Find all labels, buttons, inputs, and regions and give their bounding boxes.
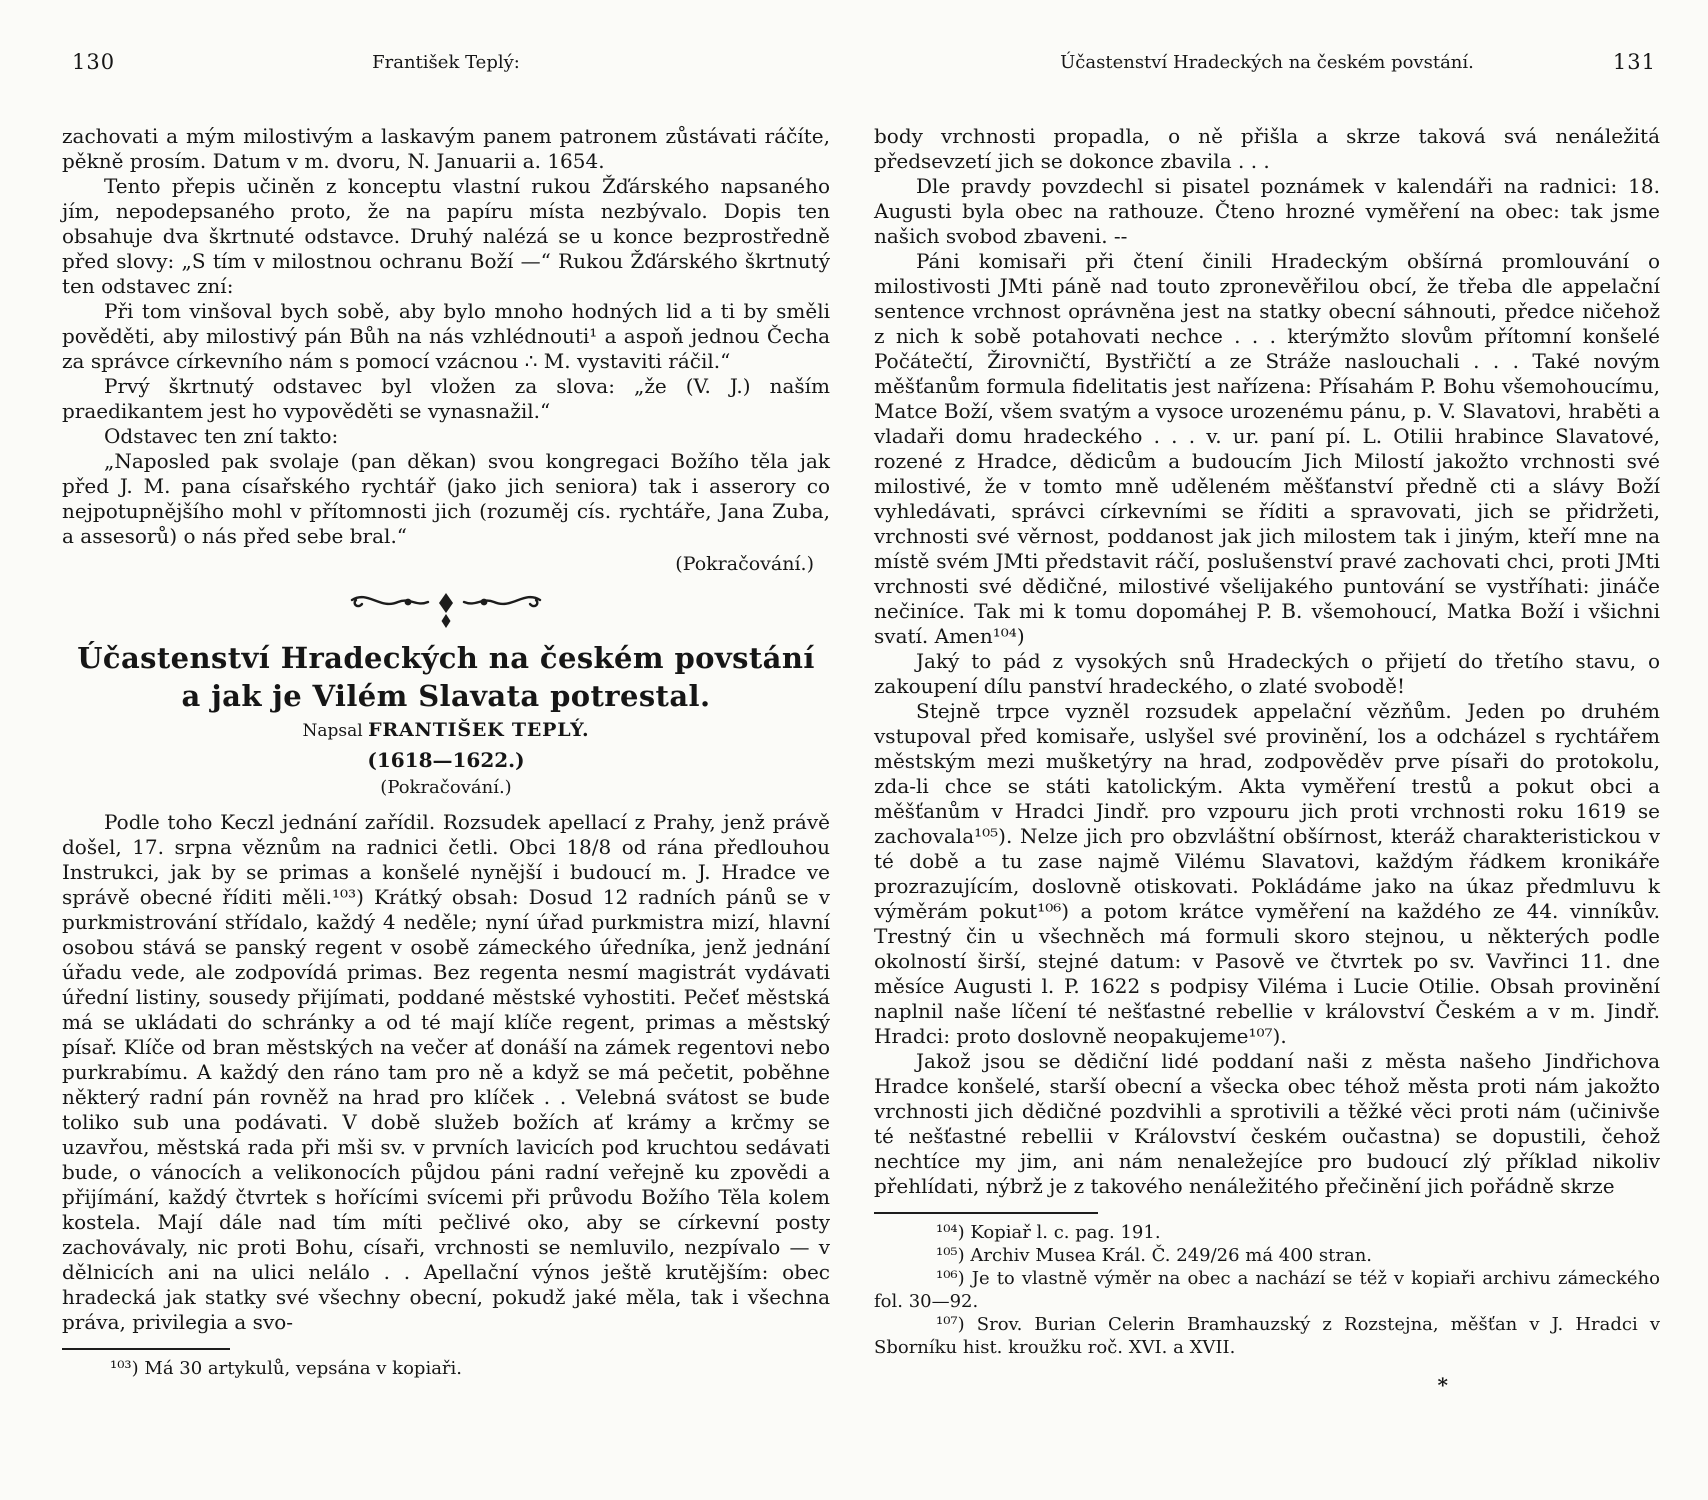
paragraph: Při tom vinšoval bych sobě, aby bylo mno… — [62, 299, 830, 374]
footer-asterisk: * — [874, 1373, 1448, 1397]
paragraph: Stejně trpce vyzněl rozsudek appelační v… — [874, 699, 1660, 1049]
paragraph: „Naposled pak svolaje (pan děkan) svou k… — [62, 449, 830, 549]
running-header: Účastenství Hradeckých na českém povstán… — [874, 52, 1660, 73]
byline: Napsal FRANTIŠEK TEPLÝ. — [62, 719, 830, 741]
footnote: ¹⁰⁵) Archiv Musea Král. Č. 249/26 má 400… — [874, 1244, 1660, 1267]
page-header-right: Účastenství Hradeckých na českém povstán… — [874, 50, 1660, 76]
paragraph: Podle toho Keczl jednání zařídil. Rozsud… — [62, 810, 830, 1335]
paragraph: Páni komisaři při čtení činili Hradeckým… — [874, 249, 1660, 649]
footnote-rule — [62, 1348, 230, 1350]
article-title-line1: Účastenství Hradeckých na českém povstán… — [77, 641, 815, 675]
article-title: Účastenství Hradeckých na českém povstán… — [62, 639, 830, 715]
paragraph: zachovati a mým milostivým a laskavým pa… — [62, 124, 830, 174]
footnote: ¹⁰³) Má 30 artykulů, vepsána v kopiaři. — [62, 1357, 830, 1380]
footnote: ¹⁰⁶) Je to vlastně výměr na obec a nachá… — [874, 1267, 1660, 1313]
paragraph: Jaký to pád z vysokých snů Hradeckých o … — [874, 649, 1660, 699]
footnote: ¹⁰⁴) Kopiař l. c. pag. 191. — [874, 1221, 1660, 1244]
paragraph: Dle pravdy povzdechl si pisatel poznámek… — [874, 174, 1660, 249]
byline-author: FRANTIŠEK TEPLÝ. — [368, 719, 589, 741]
article-title-line2: a jak je Vilém Slavata potrestal. — [182, 679, 711, 713]
footnote: ¹⁰⁷) Srov. Burian Celerin Bramhauzský z … — [874, 1313, 1660, 1359]
book-spread: 130 František Teplý: zachovati a mým mil… — [0, 0, 1708, 1397]
paragraph: Tento přepis učiněn z konceptu vlastní r… — [62, 174, 830, 299]
paragraph: Jakož jsou se dědiční lidé poddaní naši … — [874, 1049, 1660, 1199]
year-range: (1618—1622.) — [62, 748, 830, 772]
page-header-left: 130 František Teplý: — [62, 50, 830, 76]
page-number: 131 — [1613, 50, 1656, 74]
paragraph: body vrchnosti propadla, o ně přišla a s… — [874, 124, 1660, 174]
continuation-note: (Pokračování.) — [62, 553, 814, 575]
page-131: Účastenství Hradeckých na českém povstán… — [874, 50, 1660, 1397]
paragraph: Odstavec ten zní takto: — [62, 424, 830, 449]
paragraph: Prvý škrtnutý odstavec byl vložen za slo… — [62, 374, 830, 424]
byline-prefix: Napsal — [303, 721, 363, 741]
footnote-rule — [874, 1212, 1098, 1214]
tailpiece-ornament-icon — [62, 587, 830, 629]
page-130: 130 František Teplý: zachovati a mým mil… — [62, 50, 830, 1397]
running-header: František Teplý: — [62, 52, 830, 73]
continuation-note: (Pokračování.) — [62, 777, 830, 798]
